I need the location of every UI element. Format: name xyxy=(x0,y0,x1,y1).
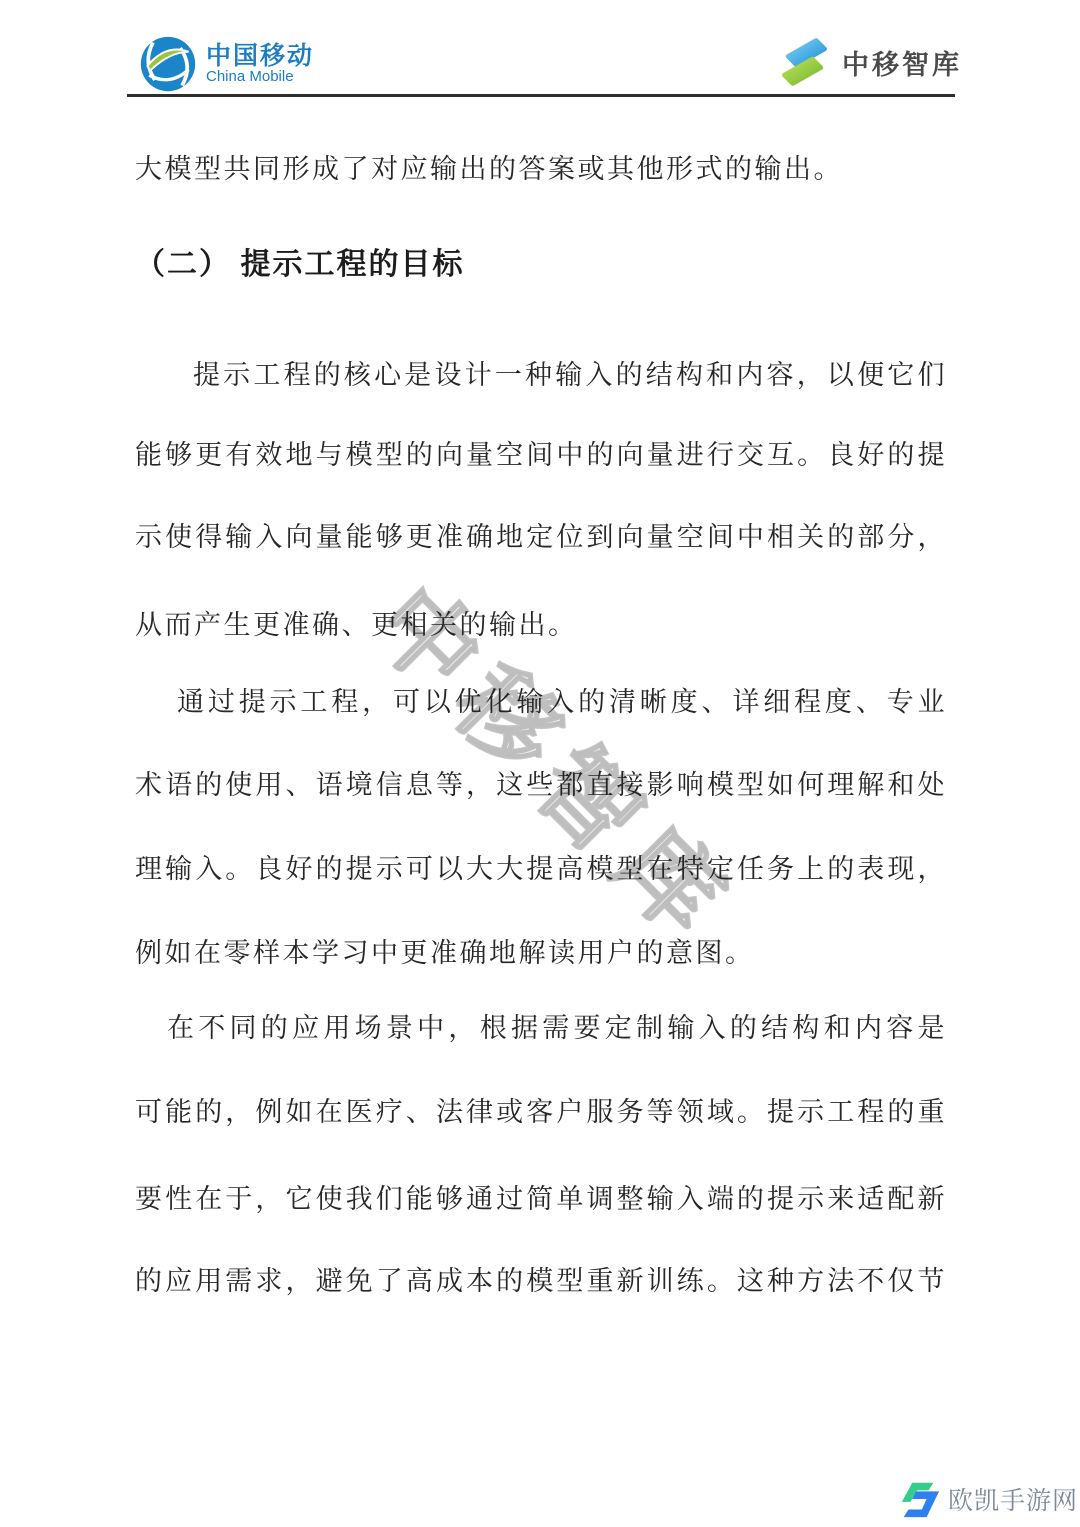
body-line: 术语的使用、语境信息等，这些都直接影响模型如何理解和处 xyxy=(135,768,947,802)
body-line: 可能的，例如在医疗、法律或客户服务等领域。提示工程的重 xyxy=(135,1095,947,1129)
body-line: 理输入。良好的提示可以大大提高模型在特定任务上的表现， xyxy=(135,852,947,886)
section-heading: （二） 提示工程的目标 xyxy=(135,246,947,284)
thinktank-logo: 中移智库 xyxy=(776,34,962,90)
watermark: 中移智库 xyxy=(206,406,913,1113)
china-mobile-cn-name: 中国移动 xyxy=(206,43,314,69)
body-line: 示使得输入向量能够更准确地定位到向量空间中相关的部分， xyxy=(135,520,947,554)
china-mobile-en-name: China Mobile xyxy=(206,69,314,85)
oukai-games-logo-icon xyxy=(897,1478,941,1520)
body-line: 从而产生更准确、更相关的输出。 xyxy=(135,608,947,642)
body-line: 在不同的应用场景中，根据需要定制输入的结构和内容是 xyxy=(135,1011,947,1045)
site-name: 欧凯手游网 xyxy=(948,1481,1078,1517)
body-line: 提示工程的核心是设计一种输入的结构和内容，以便它们 xyxy=(135,358,947,392)
body-line: 大模型共同形成了对应输出的答案或其他形式的输出。 xyxy=(135,152,947,186)
china-mobile-logo: 中国移动 China Mobile xyxy=(138,34,314,94)
header-divider xyxy=(127,94,955,97)
body-line: 要性在于，它使我们能够通过简单调整输入端的提示来适配新 xyxy=(135,1182,947,1216)
body-line: 通过提示工程，可以优化输入的清晰度、详细程度、专业 xyxy=(135,685,947,719)
body-line: 能够更有效地与模型的向量空间中的向量进行交互。良好的提 xyxy=(135,438,947,472)
body-line: 例如在零样本学习中更准确地解读用户的意图。 xyxy=(135,936,947,970)
china-mobile-globe-icon xyxy=(138,34,198,94)
document-page: 中国移动 China Mobile 中移智库 中移智库 xyxy=(0,0,1080,1527)
thinktank-name: 中移智库 xyxy=(842,43,962,82)
zhongyi-thinktank-icon xyxy=(776,34,832,90)
site-watermark: 欧凯手游网 xyxy=(897,1478,1078,1520)
body-line: 的应用需求，避免了高成本的模型重新训练。这种方法不仅节 xyxy=(135,1264,947,1298)
